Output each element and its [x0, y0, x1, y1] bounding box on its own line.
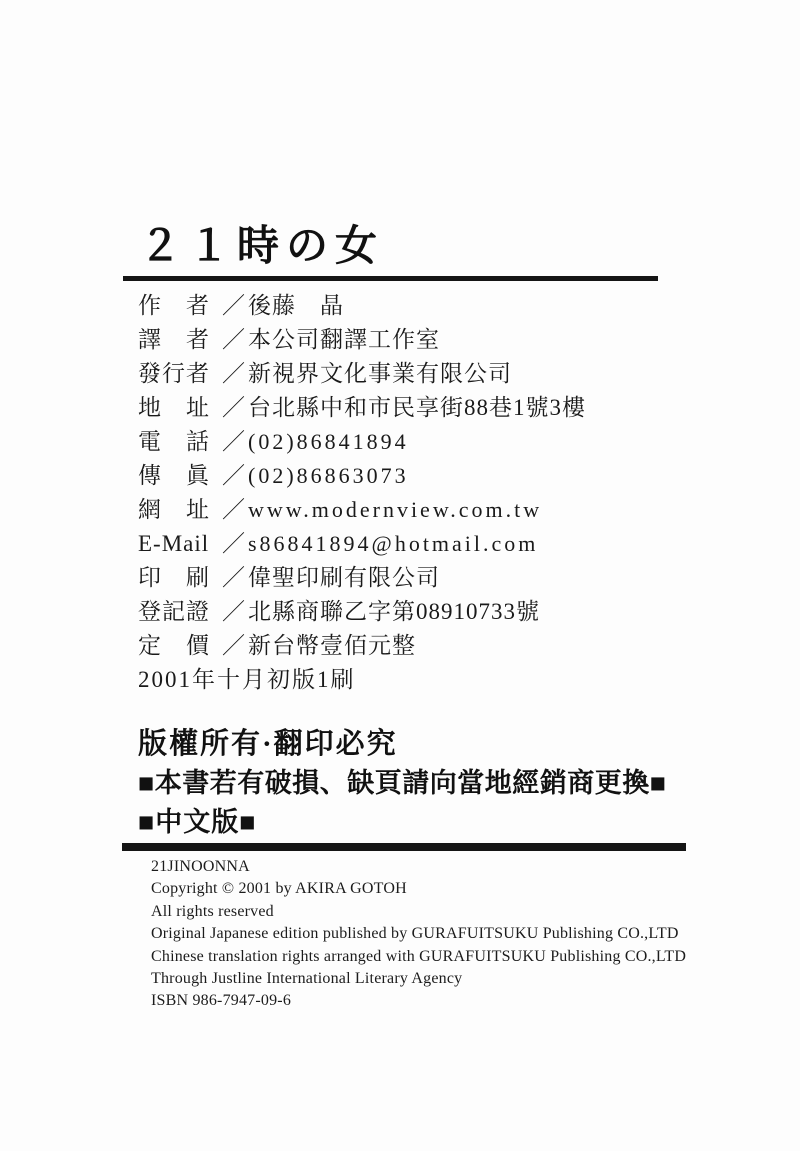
- colophon-value: 後藤 晶: [248, 289, 344, 323]
- colophon-row-publisher: 發行者／新視界文化事業有限公司: [138, 357, 586, 391]
- english-colophon-line-rights: All rights reserved: [151, 901, 686, 923]
- colophon-list: 作 者／後藤 晶 譯 者／本公司翻譯工作室 發行者／新視界文化事業有限公司 地 …: [138, 289, 586, 697]
- colophon-label: 傳 眞: [138, 459, 222, 493]
- english-colophon: 21JINOONNA Copyright © 2001 by AKIRA GOT…: [151, 856, 686, 1013]
- colophon-value: 台北縣中和市民享街88巷1號3樓: [248, 391, 586, 425]
- english-colophon-line-title: 21JINOONNA: [151, 856, 686, 878]
- damage-notice: ■本書若有破損、缺頁請向當地經銷商更換■: [138, 764, 667, 803]
- colophon-row-fax: 傳 眞／(02)86863073: [138, 459, 586, 493]
- colophon-label: 作 者: [138, 289, 222, 323]
- colophon-label: 電 話: [138, 425, 222, 459]
- colophon-separator: ／: [222, 289, 248, 323]
- colophon-value: 北縣商聯乙字第08910733號: [248, 595, 540, 629]
- colophon-separator: ／: [222, 493, 248, 527]
- colophon-label: 登記證: [138, 595, 222, 629]
- english-colophon-line-original: Original Japanese edition published by G…: [151, 923, 686, 945]
- colophon-row-address: 地 址／台北縣中和市民享街88巷1號3樓: [138, 391, 586, 425]
- colophon-separator: ／: [222, 425, 248, 459]
- colophon-separator: ／: [222, 323, 248, 357]
- colophon-value: (02)86841894: [248, 425, 409, 459]
- colophon-row-phone: 電 話／(02)86841894: [138, 425, 586, 459]
- english-colophon-line-copyright: Copyright © 2001 by AKIRA GOTOH: [151, 878, 686, 900]
- colophon-separator: ／: [222, 561, 248, 595]
- colophon-separator: ／: [222, 527, 248, 561]
- colophon-value: 偉聖印刷有限公司: [248, 561, 440, 595]
- title-underline: [123, 276, 658, 281]
- english-colophon-line-translation: Chinese translation rights arranged with…: [151, 946, 686, 968]
- colophon-row-website: 網 址／www.modernview.com.tw: [138, 493, 586, 527]
- colophon-label: 定 價: [138, 629, 222, 663]
- colophon-label: 地 址: [138, 391, 222, 425]
- colophon-row-price: 定 價／新台幣壹佰元整: [138, 629, 586, 663]
- colophon-label: 印 刷: [138, 561, 222, 595]
- colophon-value-email: s86841894@hotmail.com: [248, 527, 538, 561]
- colophon-separator: ／: [222, 629, 248, 663]
- colophon-separator: ／: [222, 391, 248, 425]
- colophon-separator: ／: [222, 357, 248, 391]
- rights-block: 版權所有·翻印必究 ■本書若有破損、缺頁請向當地經銷商更換■ ■中文版■: [138, 724, 667, 842]
- colophon-separator: ／: [222, 459, 248, 493]
- chinese-edition-badge: ■中文版■: [138, 803, 667, 842]
- colophon-value: (02)86863073: [248, 459, 409, 493]
- colophon-row-printer: 印 刷／偉聖印刷有限公司: [138, 561, 586, 595]
- colophon-row-translator: 譯 者／本公司翻譯工作室: [138, 323, 586, 357]
- english-colophon-line-isbn: ISBN 986-7947-09-6: [151, 990, 686, 1012]
- colophon-page: ２１時の女 作 者／後藤 晶 譯 者／本公司翻譯工作室 發行者／新視界文化事業有…: [0, 0, 800, 1151]
- colophon-separator: ／: [222, 595, 248, 629]
- colophon-label: 發行者: [138, 357, 222, 391]
- page-title: ２１時の女: [139, 220, 384, 272]
- colophon-label: 網 址: [138, 493, 222, 527]
- colophon-row-email: E-Mail／s86841894@hotmail.com: [138, 527, 586, 561]
- copyright-notice: 版權所有·翻印必究: [138, 724, 667, 764]
- colophon-value-url: www.modernview.com.tw: [248, 493, 542, 527]
- colophon-value: 新視界文化事業有限公司: [248, 357, 512, 391]
- colophon-row-author: 作 者／後藤 晶: [138, 289, 586, 323]
- colophon-label: E-Mail: [138, 527, 222, 561]
- edition-line: 2001年十月初版1刷: [138, 663, 586, 697]
- colophon-value: 新台幣壹佰元整: [248, 629, 416, 663]
- colophon-label: 譯 者: [138, 323, 222, 357]
- colophon-row-registration: 登記證／北縣商聯乙字第08910733號: [138, 595, 586, 629]
- english-colophon-line-agency: Through Justline International Literary …: [151, 968, 686, 990]
- colophon-value: 本公司翻譯工作室: [248, 323, 440, 357]
- section-divider: [122, 843, 686, 851]
